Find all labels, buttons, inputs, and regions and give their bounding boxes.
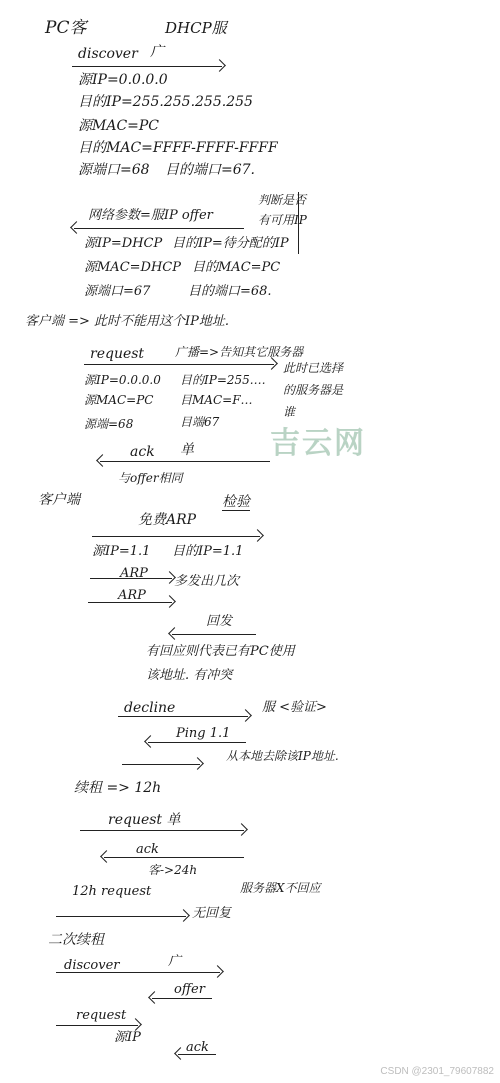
discover-field: 源端口=68 (78, 162, 150, 178)
arp-dst-ip: 目的IP=1.1 (172, 544, 243, 560)
request-field: 源IP=0.0.0.0 (84, 372, 161, 388)
footer-credit: CSDN @2301_79607882 (380, 1066, 494, 1077)
discover-mode: 广 (150, 44, 164, 60)
watermark: 吉云网 (270, 418, 366, 462)
discover-field: 目的IP=255.255.255.255 (78, 94, 253, 110)
discover-field: 目的MAC=FFFF-FFFF-FFFF (78, 140, 278, 156)
offer-field: 源IP=DHCP (84, 236, 162, 252)
reply-arrow (172, 634, 256, 635)
renew-12h-arrow (56, 916, 186, 917)
renew-title: 续租 => 12h (74, 780, 161, 796)
gratuitous-arp-arrow (92, 536, 260, 537)
rebind-request-label: request (76, 1008, 126, 1024)
arp-label: ARP (120, 566, 148, 582)
request-side-note: 此时已选择 (283, 360, 343, 376)
discover-field: 源MAC=PC (78, 118, 159, 134)
client-note: 客户端 => 此时不能用这个IP地址. (25, 314, 229, 330)
request-field: 源端=68 (84, 416, 133, 432)
ack-mode: 单 (180, 442, 194, 458)
request-field: 目MAC=F… (180, 392, 253, 408)
ack-note: 与offer相同 (118, 470, 183, 486)
rebind-discover-arrow (56, 972, 220, 973)
arp-arrow (90, 578, 172, 579)
renew-ack-arrow (104, 857, 244, 858)
rebind-offer-arrow (152, 998, 212, 999)
client-label: PC客 (45, 20, 86, 36)
ping-note: 从本地去除该IP地址. (226, 748, 339, 764)
arp-src-ip: 源IP=1.1 (92, 544, 150, 560)
request-label: request (90, 346, 144, 362)
discover-arrow (72, 66, 222, 67)
offer-arrow (74, 228, 244, 229)
offer-field: 目的端口=68. (188, 284, 272, 300)
offer-field: 目的MAC=PC (192, 260, 280, 276)
arp-note: 多发出几次 (174, 574, 239, 590)
offer-check-arrow (298, 192, 299, 254)
request-field: 目的IP=255.… (180, 372, 266, 388)
offer-field: 目的IP=待分配的IP (172, 236, 289, 252)
no-reply-label: 无回复 (192, 906, 231, 922)
decline-note: 服 <验证> (262, 700, 327, 716)
server-no-reply-note: 服务器X不回应 (240, 880, 321, 896)
decline-arrow (118, 716, 248, 717)
offer-label: 网络参数=服IP offer (88, 208, 213, 224)
request-side-note: 的服务器是 (283, 382, 343, 398)
reply-note: 有回应则代表已有PC使用 (146, 644, 295, 660)
request-field: 源MAC=PC (84, 392, 153, 408)
discover-label: discover (78, 46, 138, 62)
ack-arrow (100, 461, 270, 462)
rebind-title: 二次续租 (48, 932, 104, 948)
server-label: DHCP服 (165, 20, 227, 36)
offer-side-note: 有可用IP (258, 212, 307, 228)
renew-ack-label: ack (136, 842, 159, 858)
rebind-request-note: 源IP (114, 1030, 141, 1046)
ping-label: Ping 1.1 (176, 726, 230, 742)
rebind-offer-label: offer (174, 982, 205, 998)
arp-arrow (88, 602, 172, 603)
renew-ack-note: 客->24h (148, 862, 197, 878)
ping-return-arrow (122, 764, 200, 765)
request-mode: 广播=>告知其它服务器 (175, 344, 303, 360)
ping-arrow (148, 742, 246, 743)
renew-request-label: request 单 (108, 812, 181, 828)
gratuitous-arp-label: 免费ARP (138, 512, 196, 528)
discover-dst-port: 目的端口=67. (165, 162, 255, 178)
verify-label: 检验 (222, 494, 250, 511)
request-field: 目端67 (180, 414, 219, 430)
rebind-discover-mode: 广 (168, 954, 181, 970)
reply-label: 回发 (206, 614, 232, 630)
decline-label: decline (124, 700, 175, 716)
rebind-ack-arrow (178, 1054, 216, 1055)
request-arrow (84, 364, 274, 365)
offer-field: 源MAC=DHCP (84, 260, 181, 276)
renew-12h-request: 12h request (72, 884, 151, 900)
renew-request-arrow (80, 830, 244, 831)
rebind-request-arrow (56, 1025, 138, 1026)
reply-note: 该地址. 有冲突 (146, 668, 232, 684)
arp-client-label: 客户端 (38, 492, 80, 508)
discover-field: 源IP=0.0.0.0 (78, 72, 168, 88)
offer-field: 源端口=67 (84, 284, 150, 300)
ack-label: ack (130, 444, 155, 460)
